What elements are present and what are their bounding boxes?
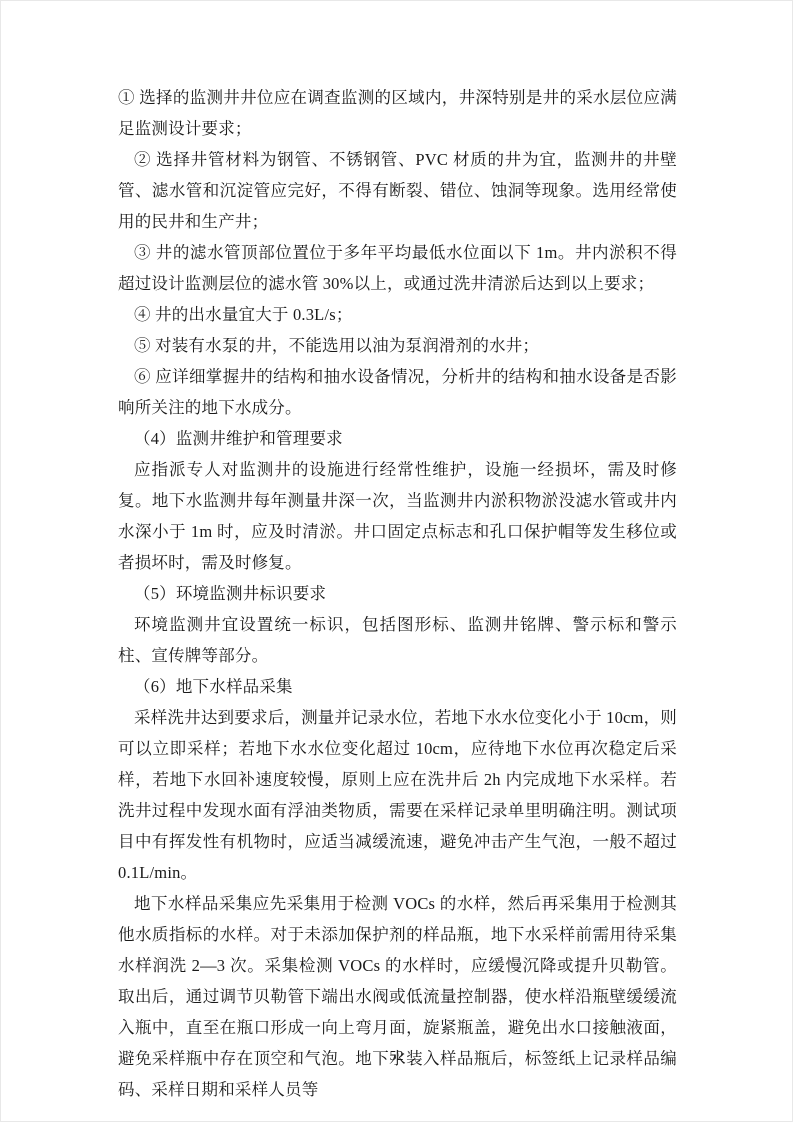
list-item-well-selection-4: ④ 井的出水量宜大于 0.3L/s；: [118, 299, 677, 330]
paragraph-sampling-2: 地下水样品采集应先采集用于检测 VOCs 的水样，然后再采集用于检测其他水质指标…: [118, 888, 677, 1105]
list-item-well-selection-2: ② 选择井管材料为钢管、不锈钢管、PVC 材质的井为宜，监测井的井壁管、滤水管和…: [118, 144, 677, 237]
paragraph-signage: 环境监测井宜设置统一标识，包括图形标、监测井铭牌、警示标和警示柱、宣传牌等部分。: [118, 609, 677, 671]
list-item-well-selection-1: ① 选择的监测井井位应在调查监测的区域内，井深特别是井的采水层位应满足监测设计要…: [118, 82, 677, 144]
list-item-well-selection-5: ⑤ 对装有水泵的井，不能选用以油为泵润滑剂的水井；: [118, 330, 677, 361]
list-item-well-selection-6: ⑥ 应详细掌握井的结构和抽水设备情况，分析井的结构和抽水设备是否影响所关注的地下…: [118, 361, 677, 423]
paragraph-sampling-1: 采样洗井达到要求后，测量并记录水位，若地下水水位变化小于 10cm，则可以立即采…: [118, 702, 677, 888]
document-page: ① 选择的监测井井位应在调查监测的区域内，井深特别是井的采水层位应满足监测设计要…: [0, 0, 793, 1122]
section-heading-maintenance: （4）监测井维护和管理要求: [118, 423, 677, 454]
document-body: ① 选择的监测井井位应在调查监测的区域内，井深特别是井的采水层位应满足监测设计要…: [118, 82, 677, 1105]
section-heading-signage: （5）环境监测井标识要求: [118, 578, 677, 609]
page-number: 52: [1, 1047, 792, 1067]
section-heading-sampling: （6）地下水样品采集: [118, 671, 677, 702]
paragraph-maintenance: 应指派专人对监测井的设施进行经常性维护，设施一经损坏，需及时修复。地下水监测井每…: [118, 454, 677, 578]
list-item-well-selection-3: ③ 井的滤水管顶部位置位于多年平均最低水位面以下 1m。井内淤积不得超过设计监测…: [118, 237, 677, 299]
